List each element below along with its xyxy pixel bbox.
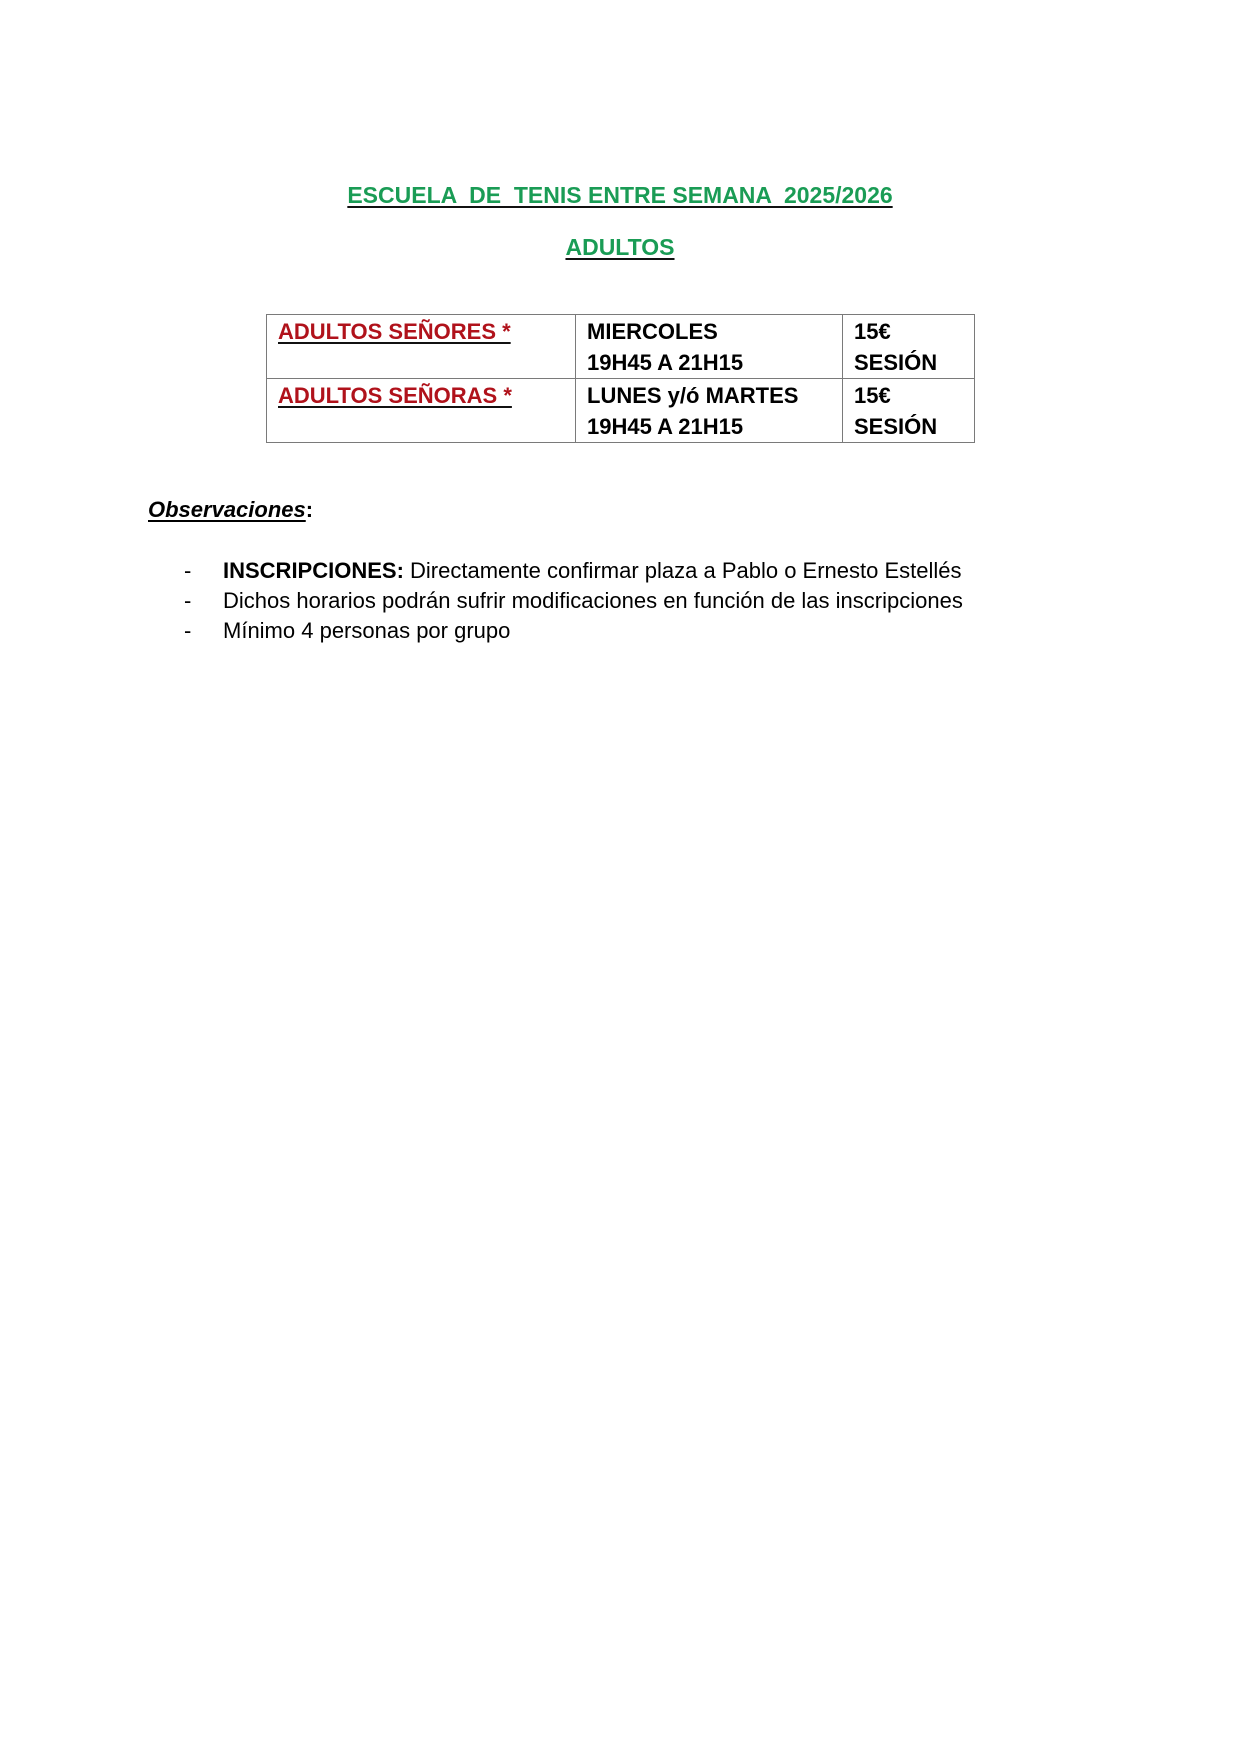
note-text: Dichos horarios podrán sufrir modificaci… — [223, 586, 963, 616]
observations-heading: Observaciones: — [148, 497, 313, 523]
price-unit: SESIÓN — [854, 348, 964, 379]
time: 19H45 A 21H15 — [587, 348, 832, 379]
document-title: ESCUELA DE TENIS ENTRE SEMANA 2025/2026 — [0, 182, 1240, 209]
schedule-cell: MIERCOLES 19H45 A 21H15 — [576, 315, 843, 379]
bullet-dash: - — [184, 586, 191, 616]
note-text: Mínimo 4 personas por grupo — [223, 616, 510, 646]
bullet-dash: - — [184, 556, 191, 586]
price-unit: SESIÓN — [854, 412, 964, 443]
days: LUNES y/ó MARTES — [587, 381, 832, 412]
table-row: ADULTOS SEÑORAS * LUNES y/ó MARTES 19H45… — [267, 379, 975, 443]
time: 19H45 A 21H15 — [587, 412, 832, 443]
observations-colon: : — [306, 497, 313, 522]
note-text: INSCRIPCIONES: Directamente confirmar pl… — [223, 556, 962, 586]
group-cell: ADULTOS SEÑORES * — [267, 315, 576, 379]
price-cell: 15€ SESIÓN — [843, 379, 975, 443]
table-row: ADULTOS SEÑORES * MIERCOLES 19H45 A 21H1… — [267, 315, 975, 379]
document-title-text: ESCUELA DE TENIS ENTRE SEMANA 2025/2026 — [347, 182, 892, 208]
note-body: Mínimo 4 personas por grupo — [223, 618, 510, 643]
observations-label: Observaciones — [148, 497, 306, 522]
document-subtitle: ADULTOS — [0, 234, 1240, 261]
days: MIERCOLES — [587, 317, 832, 348]
group-name: ADULTOS SEÑORES * — [278, 319, 511, 344]
note-body: Directamente confirmar plaza a Pablo o E… — [404, 558, 962, 583]
schedule-cell: LUNES y/ó MARTES 19H45 A 21H15 — [576, 379, 843, 443]
note-body: Dichos horarios podrán sufrir modificaci… — [223, 588, 963, 613]
document-subtitle-text: ADULTOS — [565, 234, 674, 260]
bullet-dash: - — [184, 616, 191, 646]
price: 15€ — [854, 317, 964, 348]
price-cell: 15€ SESIÓN — [843, 315, 975, 379]
price: 15€ — [854, 381, 964, 412]
note-bold: INSCRIPCIONES: — [223, 558, 404, 583]
group-name: ADULTOS SEÑORAS * — [278, 383, 512, 408]
schedule-table: ADULTOS SEÑORES * MIERCOLES 19H45 A 21H1… — [266, 314, 975, 443]
group-cell: ADULTOS SEÑORAS * — [267, 379, 576, 443]
